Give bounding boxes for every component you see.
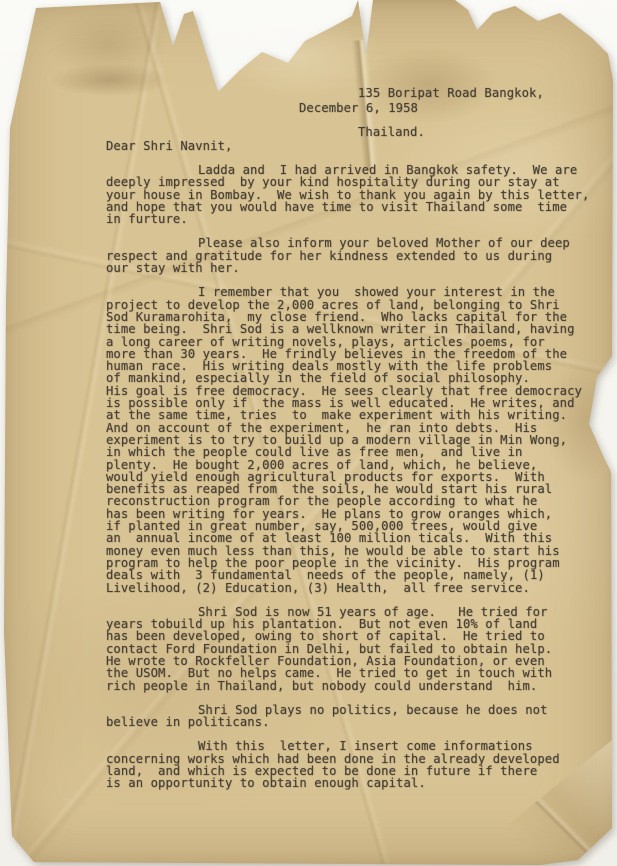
letter-line: at the same time, tries to make experime… [106,409,606,421]
letter-line: rich people in Thailand, but nobody coul… [106,680,606,692]
letter-line: the USOM. But no helps came. He tried to… [106,667,606,679]
letter-line: With this letter, I insert come informat… [106,740,606,752]
letter-line: a long career of writing novels, plays, … [106,336,606,348]
salutation: Dear Shri Navnit, [106,139,232,153]
letter-line: Livelihood, (2) Education, (3) Health, a… [106,582,606,594]
letter-paragraph: Please also inform your beloved Mother o… [106,237,606,274]
letter-line: deeply impressed by your kind hospitalit… [106,176,606,188]
letter-line: our stay with her. [106,262,606,274]
letter-body: Ladda and I had arrived in Bangkok safet… [106,164,606,802]
letter-line: believe in politicans. [106,716,606,728]
sender-address-line: Thailand. [358,126,544,138]
letter-paragraph: Shri Sod is now 51 years of age. He trie… [106,606,606,692]
sender-address-line: 135 Boripat Road Bangkok, [358,87,544,99]
letter-line: reconstruction program for the people ac… [106,495,606,507]
letter-line: Please also inform your beloved Mother o… [106,237,606,249]
letter-paragraph: Shri Sod plays no politics, because he d… [106,704,606,729]
letter-line: time being. Shri Sod is a wellknown writ… [106,323,606,335]
letter-line: an annual income of at least 100 million… [106,532,606,544]
letter-paper: 135 Boripat Road Bangkok, Thailand. Dece… [0,0,617,866]
letter-content: 135 Boripat Road Bangkok, Thailand. Dece… [0,0,617,866]
letter-line: I remember that you showed your interest… [106,286,606,298]
scanner-background: 135 Boripat Road Bangkok, Thailand. Dece… [0,0,617,866]
letter-line: deals with 3 fundamental needs of the pe… [106,569,606,581]
letter-paragraph: I remember that you showed your interest… [106,286,606,593]
letter-paragraph: Ladda and I had arrived in Bangkok safet… [106,164,606,225]
letter-line: plenty. He bought 2,000 acres of land, w… [106,459,606,471]
letter-paragraph: With this letter, I insert come informat… [106,740,606,789]
letter-date: December 6, 1958 [299,101,418,115]
letter-line: in furture. [106,213,606,225]
letter-line: has been developed, owing to short of ca… [106,630,606,642]
letter-line: in which the people could live as free m… [106,446,606,458]
letter-line: of mankind, especially in the field of s… [106,372,606,384]
letter-line: is an opportunity to obtain enough capit… [106,777,606,789]
